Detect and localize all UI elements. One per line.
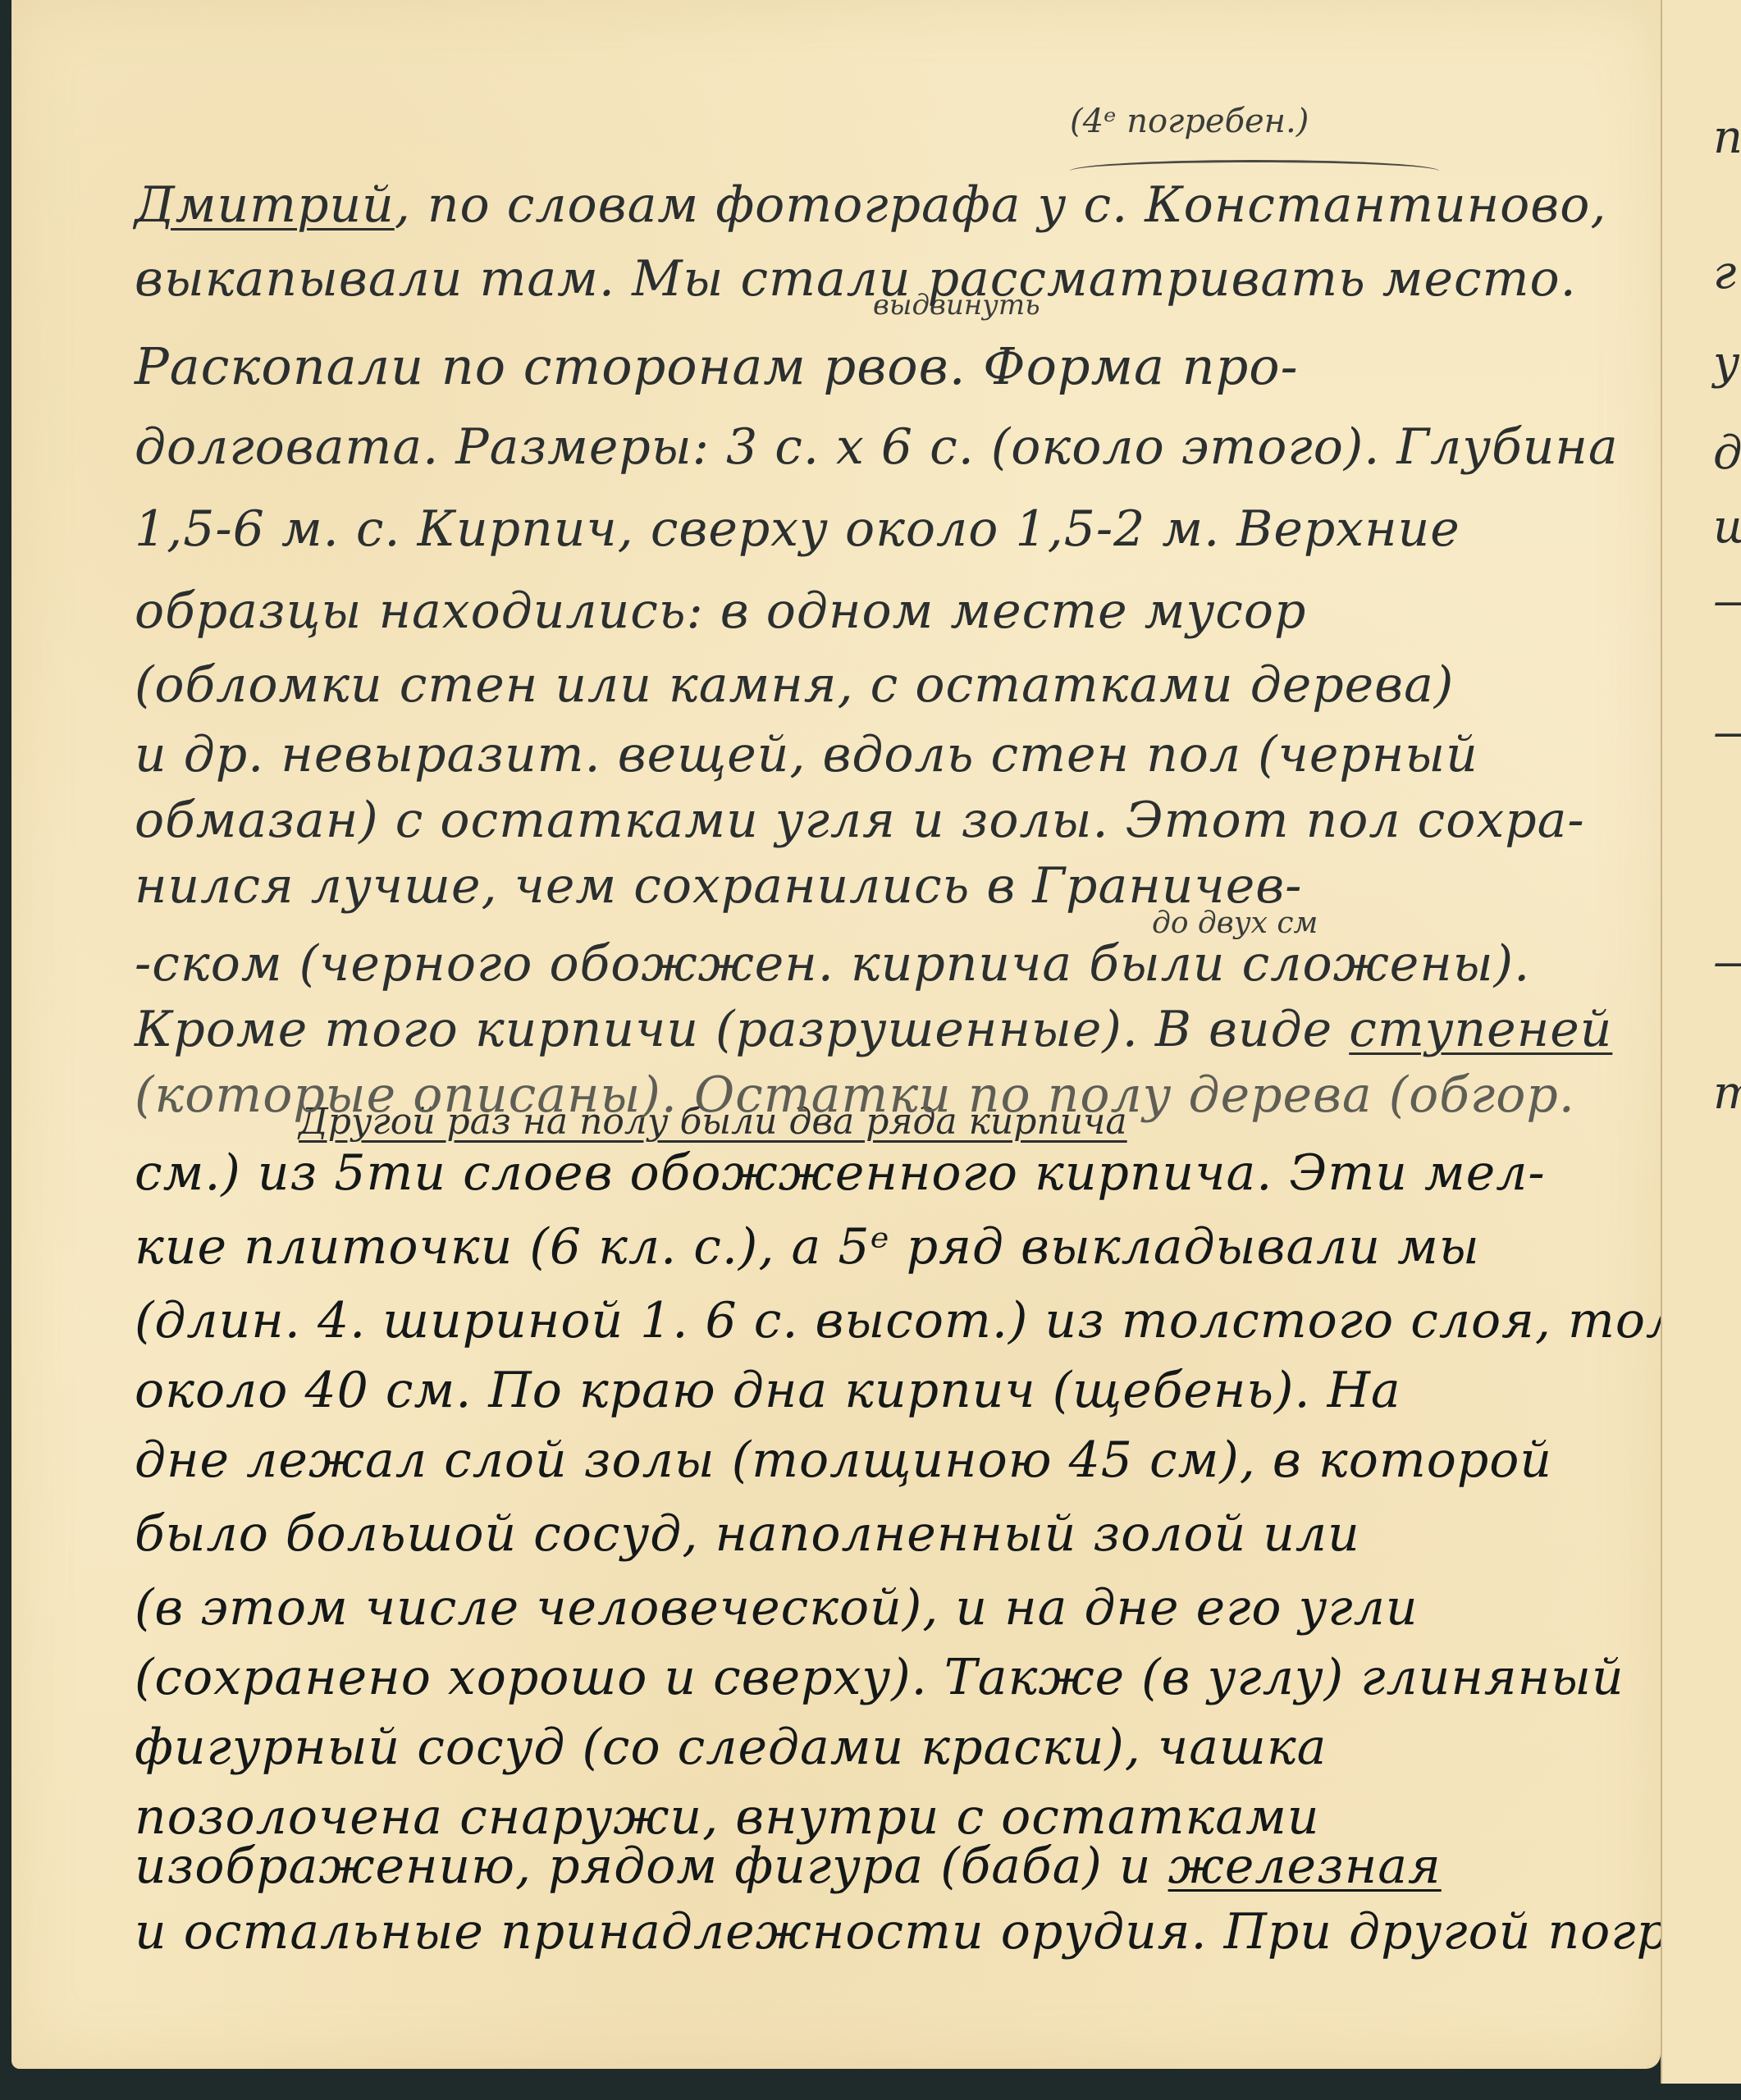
line-20: (в этом числе человеческой), и на дне ег… [135,1579,1419,1637]
scanned-page: (4ᵉ погребен.) выдвинуть до двух см Друг… [0,0,1741,2100]
line-25: и остальные принадлежности орудия. При д… [135,1903,1741,1961]
line-24: изображению, рядом фигура (баба) и желез… [135,1837,1442,1895]
line-19: было большой сосуд, наполненный золой ил… [135,1505,1360,1563]
insertion-burial-note: (4ᵉ погребен.) [1070,103,1309,140]
line-14: см.) из 5ти слоев обожженного кирпича. Э… [135,1144,1546,1202]
line-8: и др. невыразит. вещей, вдоль стен пол (… [135,726,1478,783]
line-15: кие плиточки (6 кл. с.), а 5ᵉ ряд выклад… [135,1218,1480,1276]
line-18: дне лежал слой золы (толщиною 45 см), в … [135,1431,1552,1489]
line-2: выкапывали там. Мы стали рассматривать м… [135,250,1577,308]
line-9: обмазан) с остатками угля и золы. Этот п… [135,792,1585,849]
line-7: (обломки стен или камня, с остатками дер… [135,656,1454,714]
line-11: -ском (черного обожжен. кирпича были сло… [135,935,1530,993]
line-4: долговата. Размеры: 3 с. х 6 с. (около э… [135,418,1619,476]
line-12: Кроме того кирпичи (разрушенные). В виде… [135,1001,1612,1058]
line-21: (сохранено хорошо и сверху). Также (в уг… [135,1649,1624,1706]
line-16: (длин. 4. шириной 1. 6 с. высот.) из тол… [135,1292,1741,1349]
line-17: около 40 см. По краю дна кирпич (щебень)… [135,1362,1401,1419]
line-5: 1,5-6 м. с. Кирпич, сверху около 1,5-2 м… [135,500,1460,558]
adjacent-page-edge: п г у д ш — — — т [1661,0,1741,2084]
line-10: нился лучше, чем сохранились в Граничев- [135,857,1302,915]
manuscript-page: (4ᵉ погребен.) выдвинуть до двух см Друг… [11,0,1661,2069]
line-6: образцы находились: в одном месте мусор [135,582,1306,640]
line-3: Раскопали по сторонам рвов. Форма про- [135,336,1299,396]
line-1: Дмитрий, по словам фотографа у с. Конста… [135,176,1606,234]
line-22: фигурный сосуд (со следами краски), чашк… [135,1719,1327,1776]
underlined-name: Дмитрий [135,176,395,234]
line-13: (которые описаны). Остатки по полу дерев… [135,1066,1575,1124]
